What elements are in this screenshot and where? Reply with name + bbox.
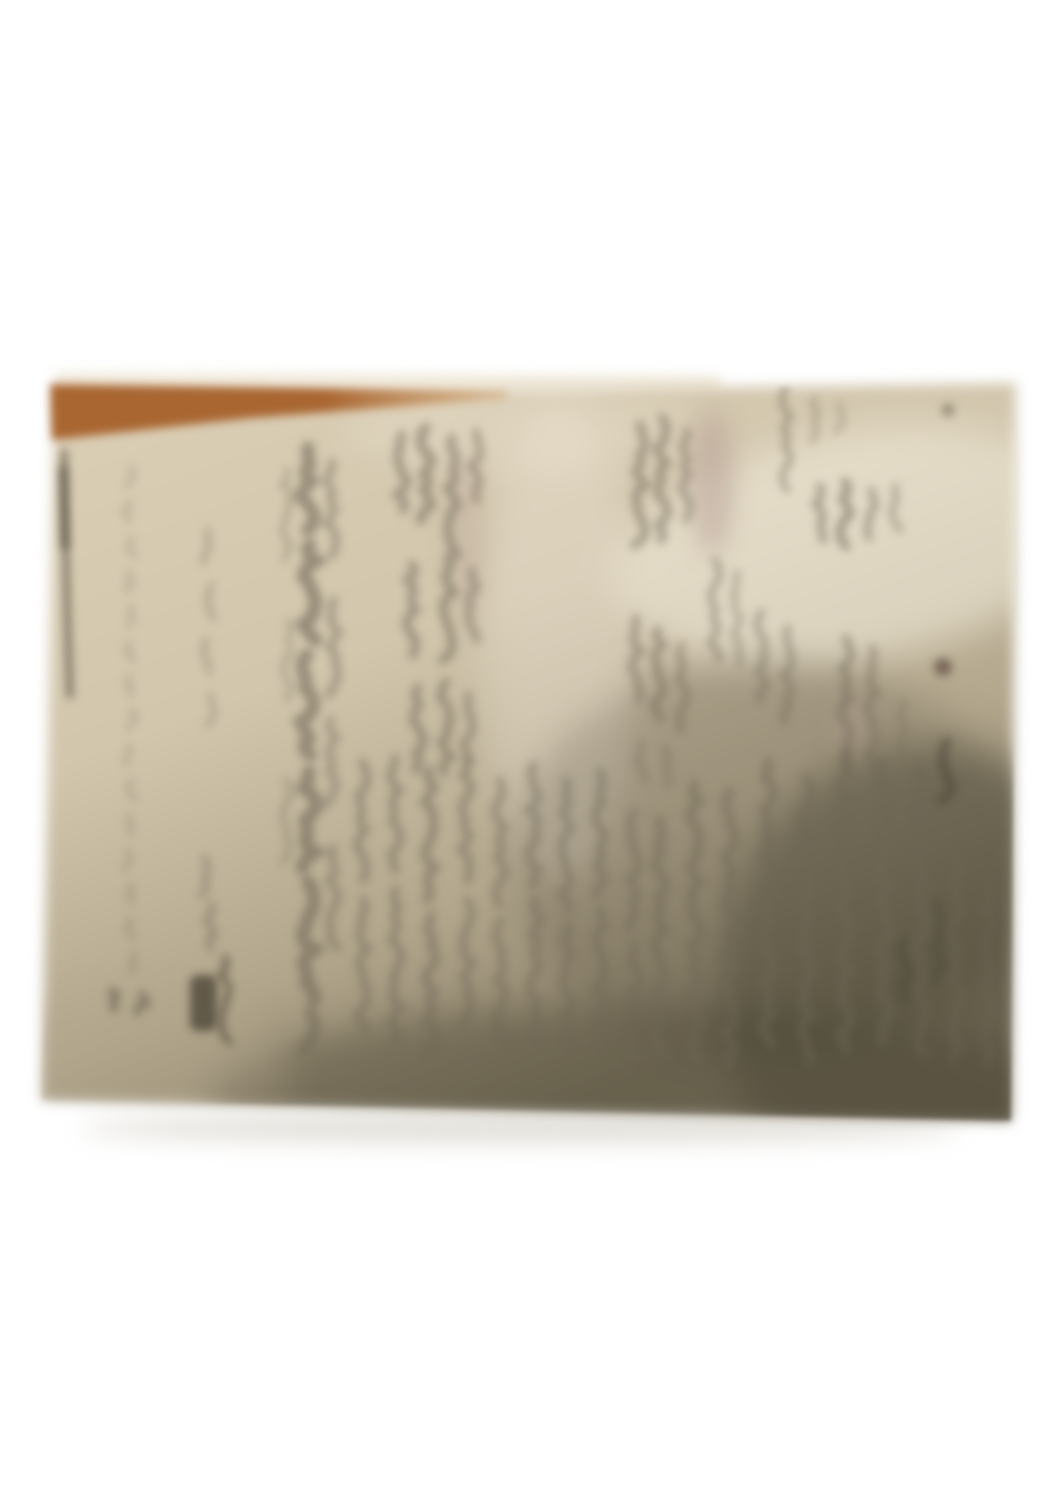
blurred-photo [0, 0, 1062, 1506]
photo-canvas [0, 0, 1062, 1506]
pink-ink-smudge [690, 410, 734, 554]
page-binding-shadow [63, 470, 65, 545]
dark-ink-blot [190, 975, 217, 1031]
cast-shadow [80, 1114, 960, 1142]
ink-dot [942, 404, 954, 416]
handwriting-stroke [665, 748, 668, 784]
handwriting-stroke [112, 992, 116, 1008]
ink-dot [934, 658, 952, 676]
